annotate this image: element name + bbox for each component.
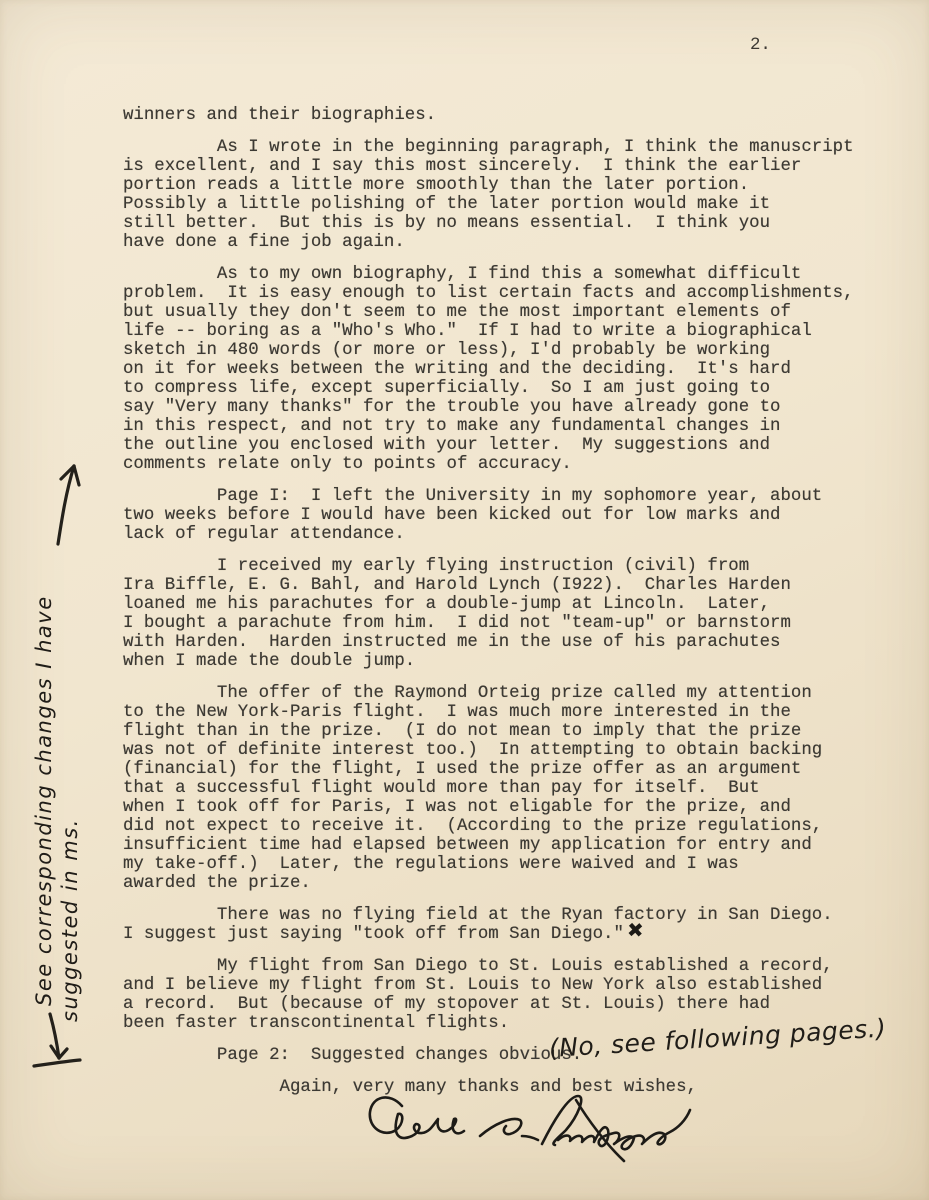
typed-line: when I took off for Paris, I was not eli… xyxy=(123,798,854,817)
typed-line: when I made the double jump. xyxy=(123,652,854,671)
typed-line: the outline you enclosed with your lette… xyxy=(123,436,854,455)
typed-line: I received my early flying instruction (… xyxy=(123,557,854,576)
typed-line: to compress life, except superficially. … xyxy=(123,379,854,398)
typed-line: As to my own biography, I find this a so… xyxy=(123,265,854,284)
typed-line: that a successful flight would more than… xyxy=(123,779,854,798)
typed-line: in this respect, and not try to make any… xyxy=(123,417,854,436)
typed-line: My flight from San Diego to St. Louis es… xyxy=(123,957,854,976)
typed-line: comments relate only to points of accura… xyxy=(123,455,854,474)
letter-page: 2. winners and their biographies. As I w… xyxy=(0,0,929,1200)
typed-line: was not of definite interest too.) In at… xyxy=(123,741,854,760)
paragraph: The offer of the Raymond Orteig prize ca… xyxy=(123,684,854,893)
typed-line: a record. But (because of my stopover at… xyxy=(123,995,854,1014)
typed-line: winners and their biographies. xyxy=(123,106,854,125)
typed-line: I bought a parachute from him. I did not… xyxy=(123,614,854,633)
typed-line: There was no flying field at the Ryan fa… xyxy=(123,906,854,925)
down-arrow-icon xyxy=(26,1010,84,1074)
typed-line: sketch in 480 words (or more or less), I… xyxy=(123,341,854,360)
typed-line: Page I: I left the University in my soph… xyxy=(123,487,854,506)
typed-line: say "Very many thanks" for the trouble y… xyxy=(123,398,854,417)
typed-line: flight than in the prize. (I do not mean… xyxy=(123,722,854,741)
page-number: 2. xyxy=(750,36,771,55)
typed-line: lack of regular attendance. xyxy=(123,525,854,544)
letter-body: winners and their biographies. As I wrot… xyxy=(123,106,854,1097)
paragraph: There was no flying field at the Ryan fa… xyxy=(123,906,854,944)
typed-line: have done a fine job again. xyxy=(123,233,854,252)
paragraph: Page I: I left the University in my soph… xyxy=(123,487,854,544)
typed-line: did not expect to receive it. (According… xyxy=(123,817,854,836)
typed-line: Ira Biffle, E. G. Bahl, and Harold Lynch… xyxy=(123,576,854,595)
paragraph: As to my own biography, I find this a so… xyxy=(123,265,854,474)
typed-line: (financial) for the flight, I used the p… xyxy=(123,760,854,779)
margin-note: See corresponding changes I have suggest… xyxy=(31,542,83,1022)
typed-line: portion reads a little more smoothly tha… xyxy=(123,176,854,195)
paragraph: winners and their biographies. xyxy=(123,106,854,125)
typed-line: my take-off.) Later, the regulations wer… xyxy=(123,855,854,874)
typed-line: with Harden. Harden instructed me in the… xyxy=(123,633,854,652)
typed-line: As I wrote in the beginning paragraph, I… xyxy=(123,138,854,157)
up-arrow-icon xyxy=(44,458,86,550)
typed-line: on it for weeks between the writing and … xyxy=(123,360,854,379)
typed-line: life -- boring as a "Who's Who." If I ha… xyxy=(123,322,854,341)
typed-line: Possibly a little polishing of the later… xyxy=(123,195,854,214)
typed-line: I suggest just saying "took off from San… xyxy=(123,925,854,944)
paragraph: As I wrote in the beginning paragraph, I… xyxy=(123,138,854,252)
typed-line: to the New York-Paris flight. I was much… xyxy=(123,703,854,722)
typed-line: is excellent, and I say this most sincer… xyxy=(123,157,854,176)
margin-note-line2: suggested in ms. xyxy=(57,542,83,1022)
typed-line: awarded the prize. xyxy=(123,874,854,893)
typed-line: still better. But this is by no means es… xyxy=(123,214,854,233)
typed-line: loaned me his parachutes for a double-ju… xyxy=(123,595,854,614)
typed-line: insufficient time had elapsed between my… xyxy=(123,836,854,855)
typed-line: but usually they don't seem to me the mo… xyxy=(123,303,854,322)
typed-line: two weeks before I would have been kicke… xyxy=(123,506,854,525)
strike-x-mark: ✖ xyxy=(626,918,644,943)
typed-line: The offer of the Raymond Orteig prize ca… xyxy=(123,684,854,703)
margin-note-line1: See corresponding changes I have xyxy=(31,542,57,1022)
paragraph: I received my early flying instruction (… xyxy=(123,557,854,671)
typed-line: and I believe my flight from St. Louis t… xyxy=(123,976,854,995)
typed-line: problem. It is easy enough to list certa… xyxy=(123,284,854,303)
signature-icon xyxy=(362,1086,702,1166)
